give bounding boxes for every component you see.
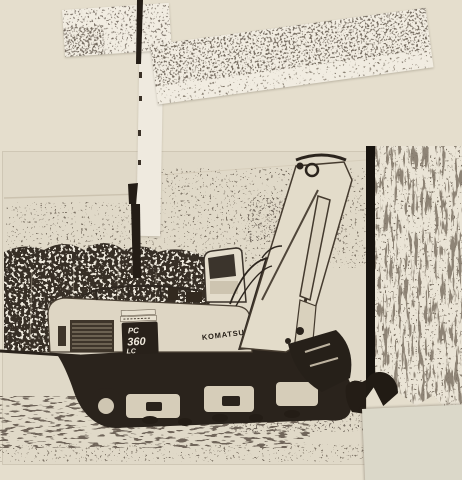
decal-model-series: PC [128, 326, 140, 335]
engine-grille [70, 320, 114, 352]
boom-head-edge [296, 155, 346, 160]
sky-speckle [6, 202, 152, 248]
ground-speckle-fade [0, 444, 366, 462]
exhaust-stack [168, 288, 178, 300]
main-photo-piece: PC 360 LC KOMATSU [3, 152, 366, 464]
paper-seam-left [4, 194, 142, 198]
cab-window [208, 254, 236, 279]
collage-artwork: PC 360 LC KOMATSU [0, 0, 462, 480]
decal-model-suffix: LC [126, 348, 137, 355]
excavator-cab [204, 248, 246, 302]
model-decal: PC 360 LC [120, 309, 159, 355]
decal-model-number: 360 [127, 336, 147, 349]
linkage-pin [296, 327, 304, 335]
texture-panel-right [366, 146, 462, 414]
paper-bottom-right [362, 404, 462, 480]
